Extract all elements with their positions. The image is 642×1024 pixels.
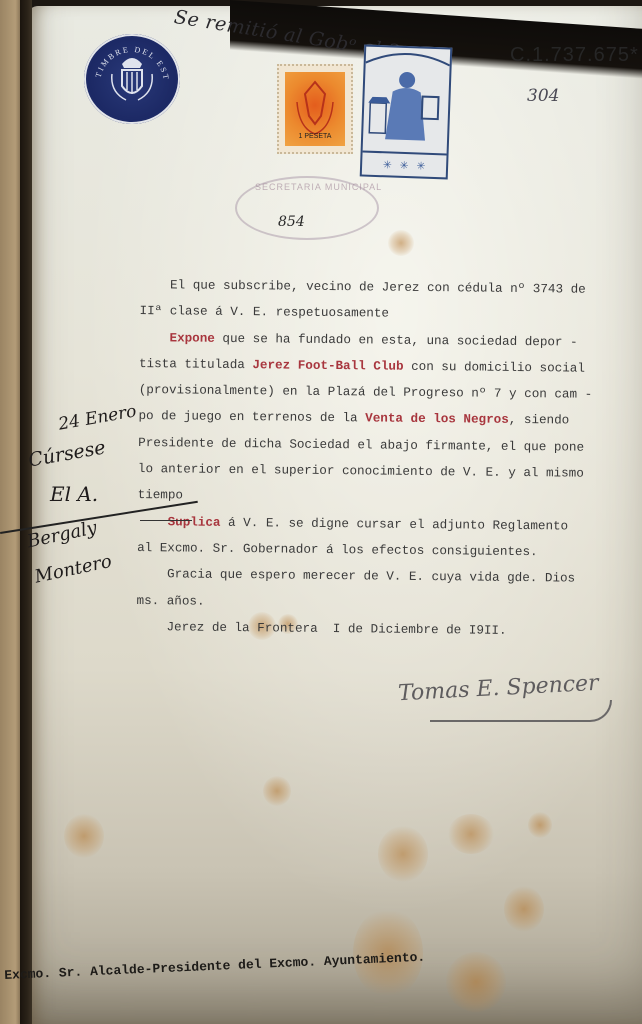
folio-note: 304	[527, 86, 559, 106]
text-run: tista titulada	[139, 357, 253, 372]
text-run: ms. años.	[136, 594, 204, 609]
foxing-stain	[64, 814, 104, 858]
foxing-stain	[378, 826, 428, 882]
highlighted-text: Suplica	[168, 515, 221, 530]
municipal-tax-stamp-icon: 1 PESETA	[277, 64, 353, 154]
text-run: IIª clase á V. E. respetuosamente	[140, 304, 390, 321]
text-run: al Excmo. Sr. Gobernador á los efectos c…	[137, 541, 538, 559]
text-run: que se ha fundado en esta, una sociedad …	[215, 331, 578, 349]
foxing-stain	[528, 812, 552, 838]
oval-stamp-legend: SECRETARIA MUNICIPAL	[255, 182, 382, 192]
timbre-del-estado-seal-icon: TIMBRE DEL ESTADO	[84, 34, 180, 124]
text-run: Gracia que espero merecer de V. E. cuya …	[137, 567, 575, 586]
text-run: El que subscribe, vecino de Jerez con cé…	[140, 278, 586, 297]
letter-body: El que subscribe, vecino de Jerez con cé…	[136, 272, 640, 645]
text-run: con su domicilio social	[403, 360, 585, 376]
text-run: tiempo	[138, 488, 184, 502]
foxing-stain	[388, 230, 414, 256]
text-run: , siendo	[509, 413, 570, 428]
text-run: Presidente de dicha Sociedad el abajo fi…	[138, 436, 584, 455]
signature-flourish	[430, 700, 612, 722]
foxing-stain	[446, 952, 506, 1012]
text-run: (provisionalmente) en la Plazá del Progr…	[139, 383, 593, 402]
letter-line: Gracia que espero merecer de V. E. cuya …	[137, 561, 637, 593]
svg-text:1 PESETA: 1 PESETA	[299, 133, 332, 140]
book-gutter	[20, 0, 32, 1024]
text-run: po de juego en terrenos de la	[138, 409, 365, 425]
text-run: Jerez de la Frontera I de Diciembre de I…	[136, 620, 506, 638]
margin-note-initials: El A.	[50, 476, 98, 512]
reference-number: C.1.737.675*	[510, 44, 639, 67]
text-run: lo anterior en el superior conocimiento …	[138, 462, 584, 481]
highlighted-text: Jerez Foot-Ball Club	[252, 358, 403, 374]
text-run	[139, 331, 169, 345]
highlighted-text: Venta de los Negros	[365, 412, 509, 428]
highlighted-text: Expone	[169, 331, 215, 345]
foxing-stain	[504, 886, 544, 932]
foxing-stain	[448, 814, 494, 854]
underline-mark	[140, 520, 192, 521]
foxing-stain	[263, 776, 291, 806]
text-run: á V. E. se digne cursar el adjunto Regla…	[220, 516, 568, 534]
allegorical-figure-stamp-icon: ✳ ✳ ✳	[360, 45, 453, 180]
registration-number: 854	[278, 214, 305, 230]
stamp-band: ✳ ✳ ✳	[362, 151, 447, 178]
letter-line: Jerez de la Frontera I de Diciembre de I…	[136, 614, 636, 646]
